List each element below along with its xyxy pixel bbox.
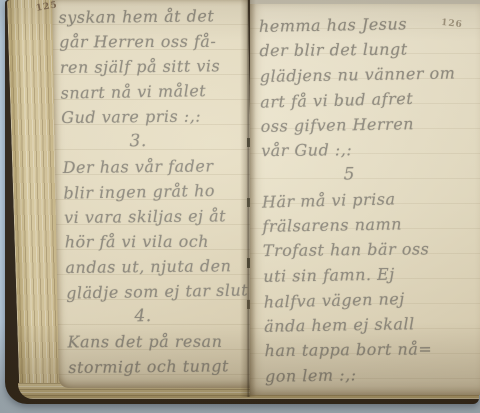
right-page-number: 126 <box>441 18 464 30</box>
handwritten-line: Gud vare pris :,: <box>61 103 248 130</box>
handwritten-line: blir ingen gråt ho <box>63 177 250 205</box>
handwritten-line: Der has vår fader <box>62 153 249 180</box>
handwritten-line: andas ut, njuta den <box>65 253 252 280</box>
handwritten-line: syskan hem åt det <box>58 3 245 30</box>
handwritten-line: hör få vi vila och <box>64 229 251 255</box>
notebook-photo: syskan hem åt detgår Herren oss få-ren s… <box>0 0 480 413</box>
handwritten-line: oss gifven Herren <box>260 110 474 139</box>
handwritten-line: Trofast han bär oss <box>263 236 477 263</box>
handwritten-line: 4. <box>67 303 220 330</box>
handwritten-line: vår Gud :,: <box>261 136 475 163</box>
handwritten-line: Här må vi prisa <box>262 184 477 214</box>
handwritten-line: 3. <box>62 129 215 155</box>
handwritten-line: der blir det lungt <box>259 36 473 63</box>
handwritten-line: går Herren oss få- <box>59 29 246 55</box>
handwritten-line: art få vi bud afret <box>260 84 475 114</box>
handwritten-line: halfva vägen nej <box>263 284 478 314</box>
handwritten-line: Kans det på resan <box>67 329 254 355</box>
handwritten-line: ren själf på sitt vis <box>60 53 247 80</box>
right-page: hemma has Jesusder blir det lungtglädjen… <box>250 4 480 395</box>
handwritten-line: ända hem ej skall <box>264 310 478 339</box>
left-page-text: syskan hem åt detgår Herren oss få-ren s… <box>58 3 254 380</box>
handwritten-line: stormigt och tungt <box>68 353 255 380</box>
book-gutter-stitching <box>240 0 256 397</box>
handwritten-line: han tappa bort nå= <box>264 336 478 363</box>
handwritten-line: gon lem :,: <box>265 360 479 389</box>
handwritten-line: glädje som ej tar slut <box>66 277 253 305</box>
handwritten-line: vi vara skiljas ej åt <box>64 203 251 230</box>
handwritten-line: 5 <box>261 161 437 189</box>
handwritten-line: snart nå vi målet <box>60 77 247 105</box>
left-page: syskan hem åt detgår Herren oss få-ren s… <box>52 0 255 388</box>
handwritten-line: frälsarens namn <box>262 210 476 239</box>
right-page-text: hemma has Jesusder blir det lungtglädjen… <box>259 10 480 389</box>
